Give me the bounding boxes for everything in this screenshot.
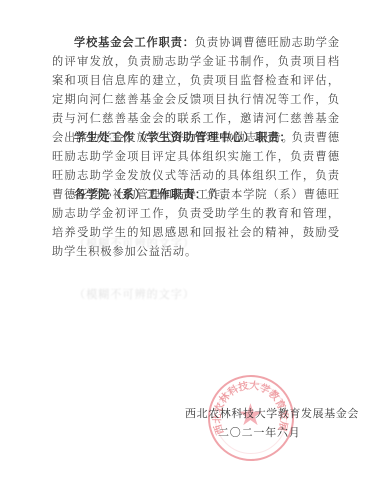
paragraph-heading: 各学院（系）工作职责： xyxy=(74,187,207,201)
signature-date: 二〇二一年六月 xyxy=(218,424,301,440)
signature-organization: 西北农林科技大学教育发展基金会 xyxy=(185,405,359,421)
faded-text-line: （模糊不可辨的文字） xyxy=(52,234,340,253)
document-page: 学校基金会工作职责：负责协调曹德旺励志助学金的评审发放，负责励志助学金证书制作，… xyxy=(0,0,383,482)
faded-text-line: （模糊不可辨的文字） xyxy=(52,285,340,304)
paragraph-heading: 学生处工作（学生资助管理中心）职责： xyxy=(74,130,292,144)
paragraph-heading: 学校基金会工作职责： xyxy=(74,35,195,49)
